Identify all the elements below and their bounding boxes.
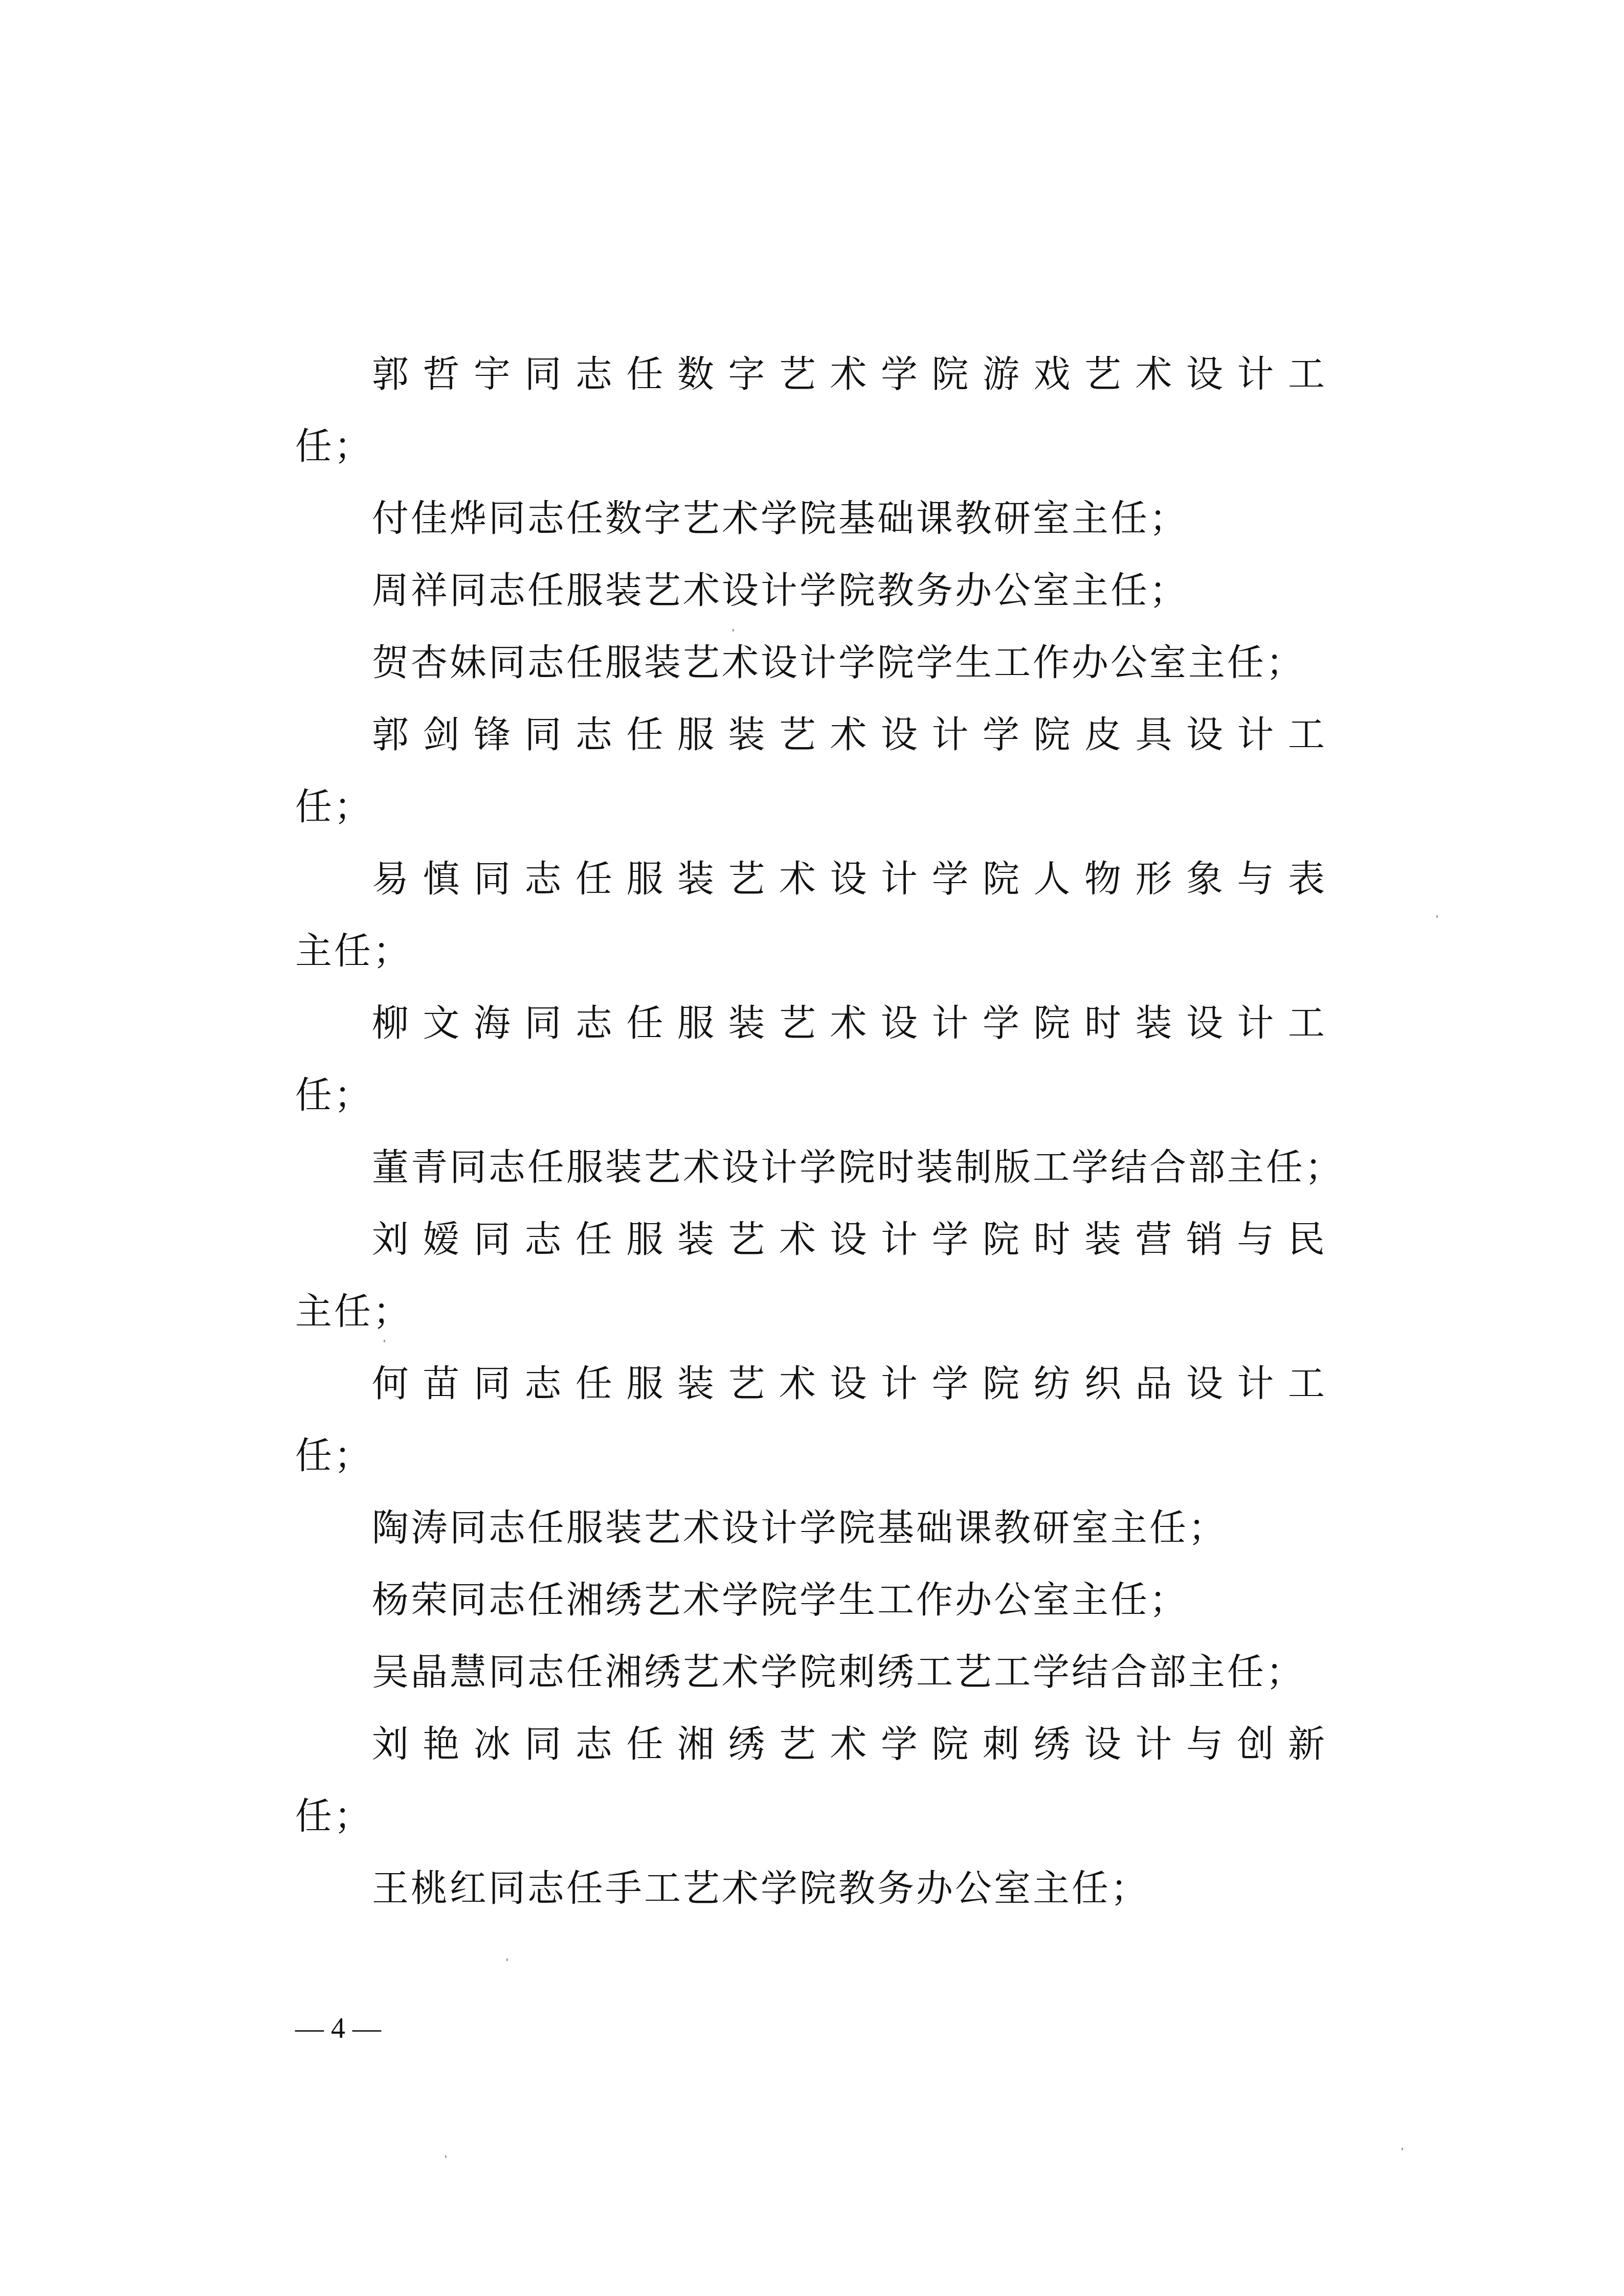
scan-speck [732, 629, 734, 632]
appointment-line-continuation: 任； [295, 1420, 1325, 1492]
scan-speck [506, 1959, 508, 1961]
appointment-line: 王桃红同志任手工艺术学院教务办公室主任； [295, 1852, 1325, 1924]
document-page: 郭​ 哲​ 宇​ 同​ 志​ 任​ 数​ 字​ 艺​ 术​ 学​ 院​ 游​ 戏… [0, 0, 1624, 2296]
appointment-line: 易​ 慎​ 同​ 志​ 任​ 服​ 装​ 艺​ 术​ 设​ 计​ 学​ 院​ 人… [295, 843, 1325, 915]
appointment-line: 柳​ 文​ 海​ 同​ 志​ 任​ 服​ 装​ 艺​ 术​ 设​ 计​ 学​ 院… [295, 987, 1325, 1059]
appointment-line: 刘​ 嫒​ 同​ 志​ 任​ 服​ 装​ 艺​ 术​ 设​ 计​ 学​ 院​ 时… [295, 1203, 1325, 1275]
appointment-line: 陶涛同志任服装艺术设计学院基础课教研室主任； [295, 1492, 1325, 1564]
appointment-line: 何​ 苗​ 同​ 志​ 任​ 服​ 装​ 艺​ 术​ 设​ 计​ 学​ 院​ 纺… [295, 1347, 1325, 1420]
scan-speck [384, 1340, 385, 1342]
appointment-line-continuation: 任； [295, 410, 1325, 482]
appointment-line: 吴晶慧同志任湘绣艺术学院刺绣工艺工学结合部主任； [295, 1636, 1325, 1708]
scan-speck [1436, 915, 1438, 918]
appointment-line-continuation: 任； [295, 771, 1325, 843]
appointment-line-continuation: 任； [295, 1059, 1325, 1131]
appointment-line: 刘​ 艳​ 冰​ 同​ 志​ 任​ 湘​ 绣​ 艺​ 术​ 学​ 院​ 刺​ 绣… [295, 1708, 1325, 1780]
appointment-line: 董青同志任服装艺术设计学院时装制版工学结合部主任； [295, 1131, 1325, 1203]
appointment-line-continuation: 任； [295, 1780, 1325, 1852]
appointment-line: 周祥同志任服装艺术设计学院教务办公室主任； [295, 554, 1325, 626]
appointment-line-continuation: 主任； [295, 915, 1325, 987]
appointment-line: 杨荣同志任湘绣艺术学院学生工作办公室主任； [295, 1564, 1325, 1636]
appointment-line: 郭​ 哲​ 宇​ 同​ 志​ 任​ 数​ 字​ 艺​ 术​ 学​ 院​ 游​ 戏… [295, 338, 1325, 410]
scan-speck [445, 2155, 447, 2158]
appointment-line: 郭​ 剑​ 锋​ 同​ 志​ 任​ 服​ 装​ 艺​ 术​ 设​ 计​ 学​ 院… [295, 699, 1325, 771]
appointment-list: 郭​ 哲​ 宇​ 同​ 志​ 任​ 数​ 字​ 艺​ 术​ 学​ 院​ 游​ 戏… [295, 338, 1325, 1924]
appointment-line-continuation: 主任； [295, 1275, 1325, 1347]
appointment-line: 贺杏妹同志任服装艺术设计学院学生工作办公室主任； [295, 626, 1325, 699]
scan-speck [1401, 2148, 1403, 2150]
page-number: — 4 — [295, 2012, 381, 2045]
appointment-line: 付佳烨同志任数字艺术学院基础课教研室主任； [295, 482, 1325, 554]
